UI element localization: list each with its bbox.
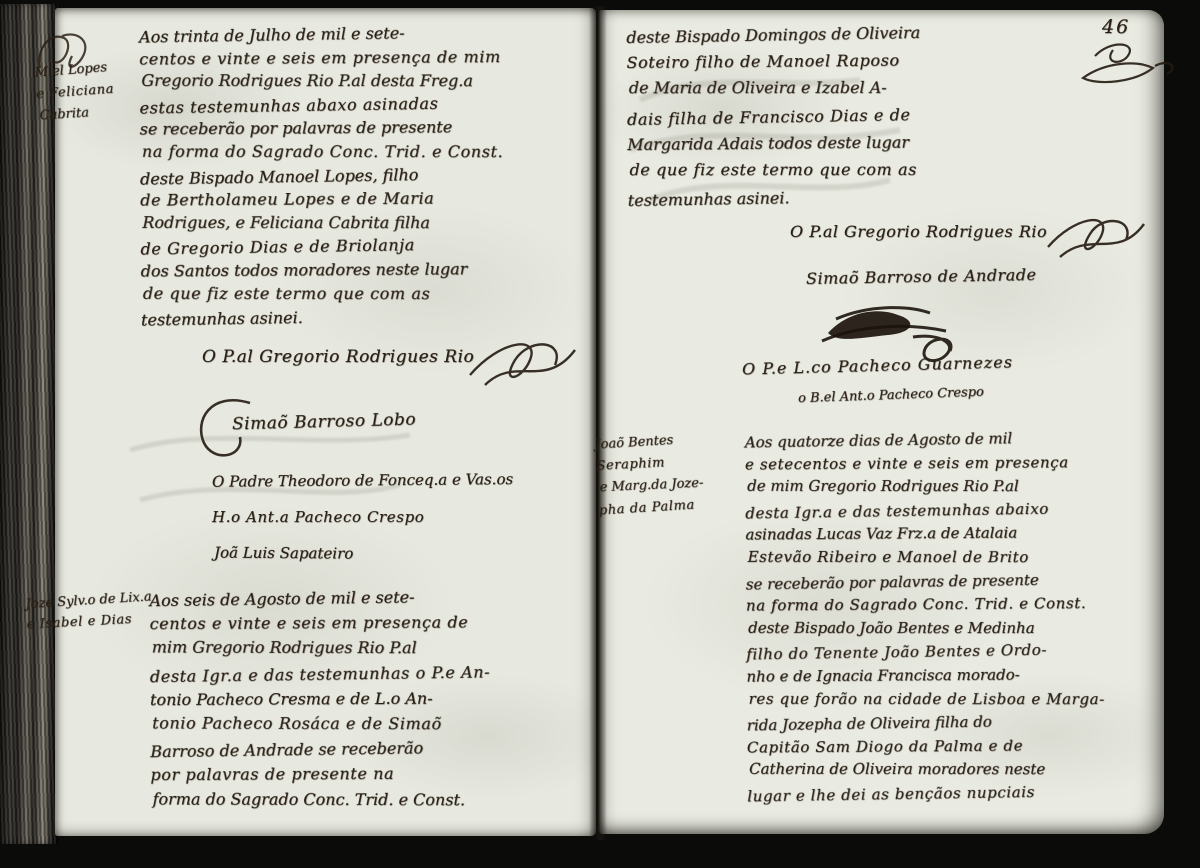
manuscript-line: lugar e lhe dei as bençãos nupciais <box>747 778 1181 808</box>
book-page-edges <box>0 4 58 844</box>
witness-signature-andrade-text: Simaõ Barroso de Andrade <box>806 265 1037 288</box>
manuscript-line: Catherina de Oliveira moradores neste <box>749 758 1183 782</box>
marriage-record-2-text: Aos seis de Agosto de mil e sete-centos … <box>149 584 595 813</box>
marriage-record-4-text: Aos quatorze dias de Agosto de mile sete… <box>745 426 1182 807</box>
manuscript-line: forma do Sagrado Conc. Trid. e Const. <box>152 786 597 812</box>
margin-note-couple-names-3: Joaõ BentesSeraphime Marg.da Joze-pha da… <box>595 426 747 522</box>
manuscript-line: de mim Gregorio Rodrigues Rio P.al <box>747 475 1181 499</box>
manuscript-line: dos Santos todos moradores neste lugar <box>141 256 586 283</box>
priest-signature: O P.al Gregorio Rodrigues Rio <box>202 347 474 367</box>
manuscript-line: e setecentos e vinte e seis em presença <box>745 450 1179 477</box>
manuscript-line: Joã Luis Sapateiro <box>214 534 604 574</box>
priest-rubric-flourish <box>460 335 580 395</box>
manuscript-line: centos e vinte e seis em presença de <box>150 609 595 637</box>
manuscript-scan: M.el Lopese FelicianaCabrita Aos trinta … <box>0 0 1200 868</box>
manuscript-line: Gregorio Rodrigues Rio P.al desta Freg.a <box>141 69 586 93</box>
priest-rubric-flourish-right <box>1040 212 1150 267</box>
manuscript-line: Capitão Sam Diogo da Palma e de <box>747 733 1181 760</box>
priest-signature-right: O P.al Gregorio Rodrigues Rio <box>790 222 1047 241</box>
folio-number: 46 <box>1102 16 1130 38</box>
priest-signature-text: O P.al Gregorio Rodrigues Rio <box>202 347 474 367</box>
ink-bleed-through <box>120 420 420 540</box>
margin-flourish <box>34 28 114 78</box>
margin-note-couple-names-2: Joze Sylv.o de Lix.ae Isabel e Dias <box>25 587 159 636</box>
manuscript-line: na forma do Sagrado Conc. Trid. e Const. <box>142 140 587 164</box>
manuscript-line: centos e vinte e seis em presença de mim <box>139 44 584 71</box>
manuscript-line: testemunhas asinei. <box>141 302 586 333</box>
manuscript-line: nho e de Ignacia Francisca morado- <box>746 662 1180 689</box>
manuscript-line: tonio Pacheco Cresma e de L.o An- <box>150 685 595 713</box>
manuscript-line: por palavras de presente na <box>150 760 595 788</box>
priest-signature-right-text: O P.al Gregorio Rodrigues Rio <box>790 222 1047 241</box>
manuscript-line: mim Gregorio Rodrigues Rio P.al <box>152 635 597 661</box>
ink-bleed-through <box>620 60 920 220</box>
folio-rubric <box>1075 38 1185 98</box>
marriage-record-1-text: Aos trinta de Julho de mil e sete-centos… <box>139 20 586 330</box>
manuscript-line: Estevão Ribeiro e Manoel de Brito <box>748 546 1182 570</box>
witness-signature-andrade: Simaõ Barroso de Andrade <box>806 265 1037 288</box>
